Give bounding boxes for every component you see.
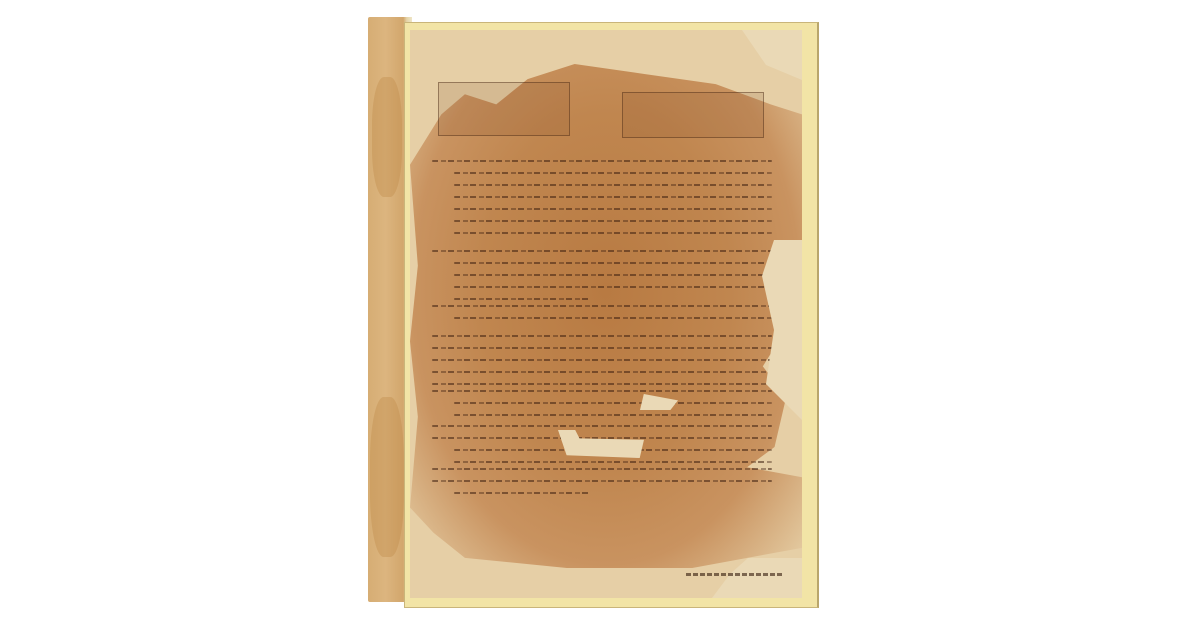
signature xyxy=(686,573,782,576)
paragraph-3 xyxy=(432,295,772,329)
building-drawing-right xyxy=(622,92,764,138)
manuscript-page xyxy=(410,30,802,598)
building-drawing-left xyxy=(438,82,570,136)
water-stain xyxy=(370,397,404,557)
paper-loss xyxy=(712,558,802,598)
paragraph-1 xyxy=(432,150,772,244)
paragraph-7 xyxy=(432,458,772,504)
paper-loss xyxy=(742,30,802,80)
water-stain xyxy=(372,77,402,197)
